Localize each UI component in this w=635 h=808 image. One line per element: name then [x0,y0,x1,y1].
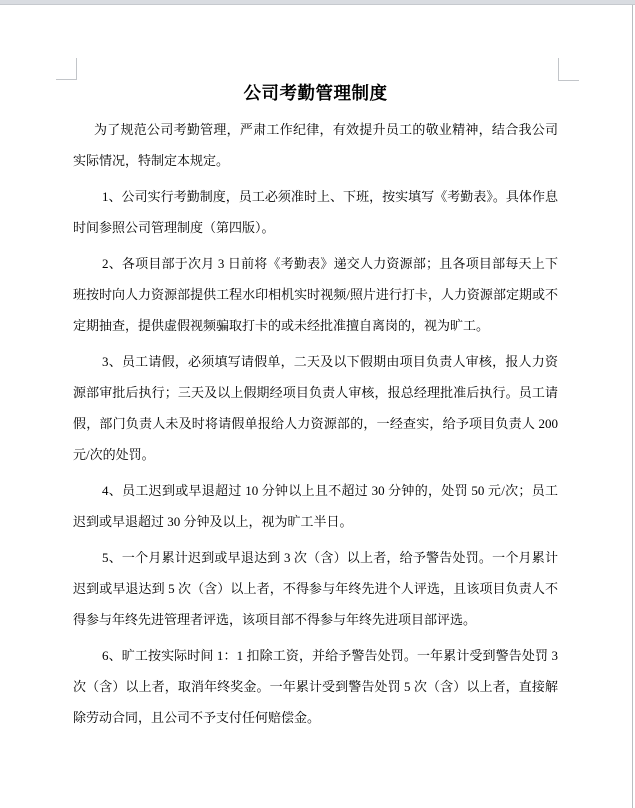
page-right-edge [632,5,633,808]
margin-crop-mark-top-left-vertical [76,58,77,80]
paragraph-rule-4[interactable]: 4、员工迟到或早退超过 10 分钟以上且不超过 30 分钟的，处罚 50 元/次… [73,475,558,537]
paragraph-rule-1[interactable]: 1、公司实行考勤制度，员工必须准时上、下班，按实填写《考勤表》。具体作息时间参照… [73,181,558,243]
paragraph-intro[interactable]: 为了规范公司考勤管理，严肃工作纪律，有效提升员工的敬业精神，结合我公司实际情况，… [73,114,558,176]
paragraph-rule-3[interactable]: 3、员工请假，必须填写请假单，二天及以下假期由项目负责人审核，报人力资源部审批后… [73,346,558,470]
document-title[interactable]: 公司考勤管理制度 [73,79,558,107]
paragraph-rule-5[interactable]: 5、一个月累计迟到或早退达到 3 次（含）以上者，给予警告处罚。一个月累计迟到或… [73,542,558,635]
margin-crop-mark-top-right-horizontal [558,80,579,81]
document-page[interactable]: 公司考勤管理制度 为了规范公司考勤管理，严肃工作纪律，有效提升员工的敬业精神，结… [73,79,558,733]
margin-crop-mark-top-right-vertical [558,58,559,80]
paragraph-rule-2[interactable]: 2、各项目部于次月 3 日前将《考勤表》递交人力资源部；且各项目部每天上下班按时… [73,248,558,341]
window-edge-bar [0,0,635,5]
paragraph-rule-6[interactable]: 6、旷工按实际时间 1：1 扣除工资，并给予警告处罚。一年累计受到警告处罚 3 … [73,640,558,733]
